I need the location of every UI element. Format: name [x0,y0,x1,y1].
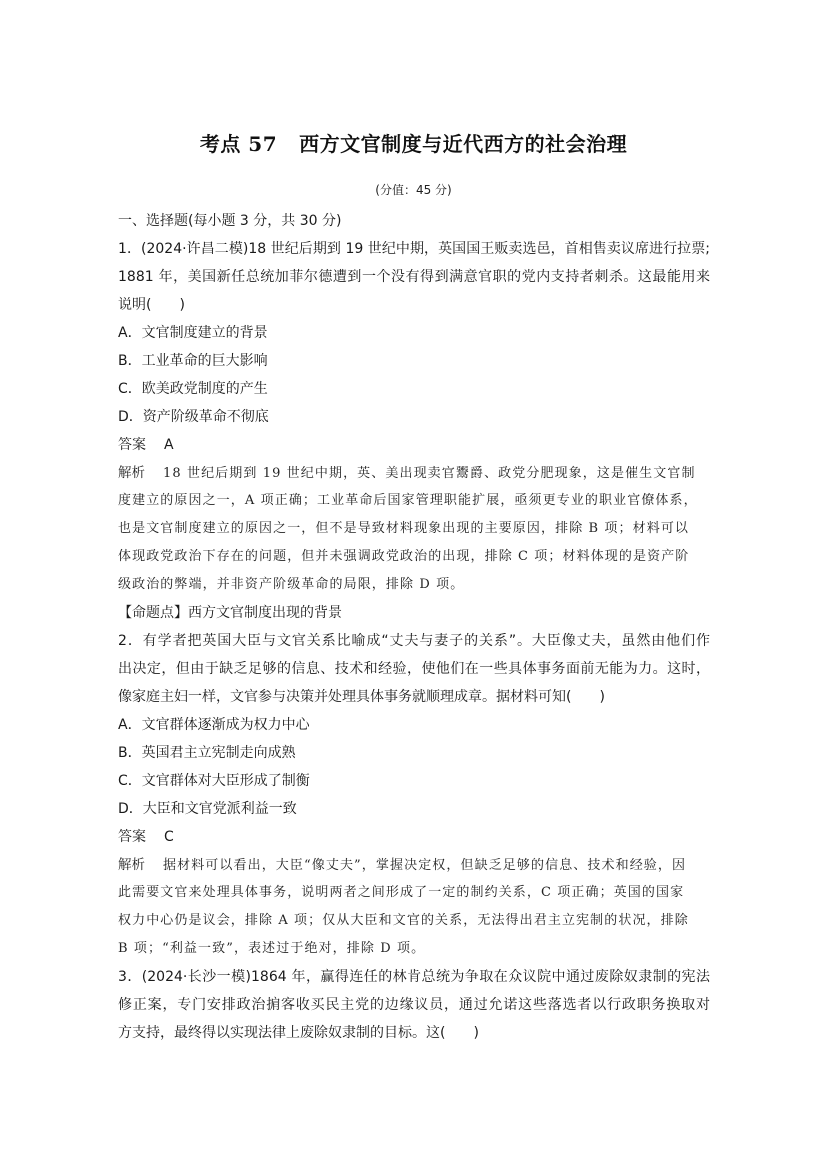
analysis-label: 解析 [118,857,145,873]
content-body: 一、选择题(每小题 3 分，共 30 分) 1．(2024·许昌二模)18 世纪… [118,207,710,1047]
answer-line: 答案C [118,823,710,851]
title-prefix: 考点 57 [200,132,277,156]
analysis-line: 体现政党政治下存在的问题，但并未强调政党政治的出现，排除 C 项；材料体现的是资… [118,543,710,571]
analysis-line: 级政治的弊端，并非资产阶级革命的局限，排除 D 项。 [118,571,710,599]
option-b: B．工业革命的巨大影响 [118,347,710,375]
question-1: 1．(2024·许昌二模)18 世纪后期到 19 世纪中期，英国国王贩卖选邑，首… [118,235,710,627]
question-stem-line: 方支持，最终得以实现法律上废除奴隶制的目标。这( ) [118,1019,710,1047]
option-d: D．资产阶级革命不彻底 [118,403,710,431]
question-stem-line: 2．有学者把英国大臣与文官关系比喻成“丈夫与妻子的关系”。大臣像丈夫，虽然由他们… [118,627,710,655]
analysis-line: 权力中心仍是议会，排除 A 项；仅从大臣和文官的关系，无法得出君主立宪制的状况，… [118,907,710,935]
option-b: B．英国君主立宪制走向成熟 [118,739,710,767]
analysis-line: 解析据材料可以看出，大臣“像丈夫”，掌握决定权，但缺乏足够的信息、技术和经验，因 [118,851,710,879]
question-stem-line: 1881 年，美国新任总统加菲尔德遭到一个没有得到满意官职的党内支持者刺杀。这最… [118,263,710,291]
topic-point: 【命题点】西方文官制度出现的背景 [118,599,710,627]
question-stem-line: 像家庭主妇一样，文官参与决策并处理具体事务就顺理成章。据材料可知( ) [118,683,710,711]
title-main: 西方文官制度与近代西方的社会治理 [299,132,627,156]
document-page: 考点 57西方文官制度与近代西方的社会治理 (分值：45 分) 一、选择题(每小… [0,0,827,1169]
option-c: C．欧美政党制度的产生 [118,375,710,403]
analysis-line: B 项；“利益一致”，表述过于绝对，排除 D 项。 [118,935,710,963]
section-heading: 一、选择题(每小题 3 分，共 30 分) [118,207,710,235]
question-stem-line: 3．(2024·长沙一模)1864 年，赢得连任的林肯总统为争取在众议院中通过废… [118,963,710,991]
option-a: A．文官群体逐渐成为权力中心 [118,711,710,739]
score-note: (分值：45 分) [0,181,827,198]
question-stem-line: 1．(2024·许昌二模)18 世纪后期到 19 世纪中期，英国国王贩卖选邑，首… [118,235,710,263]
answer-label: 答案 [118,437,146,453]
answer-line: 答案A [118,431,710,459]
question-stem-line: 说明( ) [118,291,710,319]
analysis-line: 也是文官制度建立的原因之一，但不是导致材料现象出现的主要原因，排除 B 项；材料… [118,515,710,543]
answer-value: A [164,437,174,453]
analysis-line: 度建立的原因之一，A 项正确；工业革命后国家管理职能扩展，亟须更专业的职业官僚体… [118,487,710,515]
option-a: A．文官制度建立的背景 [118,319,710,347]
answer-value: C [164,829,174,845]
question-3: 3．(2024·长沙一模)1864 年，赢得连任的林肯总统为争取在众议院中通过废… [118,963,710,1047]
analysis-line: 此需要文官来处理具体事务，说明两者之间形成了一定的制约关系，C 项正确；英国的国… [118,879,710,907]
question-stem-line: 修正案，专门安排政治掮客收买民主党的边缘议员，通过允诺这些落选者以行政职务换取对 [118,991,710,1019]
answer-label: 答案 [118,829,146,845]
analysis-text: 据材料可以看出，大臣“像丈夫”，掌握决定权，但缺乏足够的信息、技术和经验，因 [163,858,686,873]
analysis-text: 18 世纪后期到 19 世纪中期，英、美出现卖官鬻爵、政党分肥现象，这是催生文官… [163,466,696,481]
option-c: C．文官群体对大臣形成了制衡 [118,767,710,795]
option-d: D．大臣和文官党派利益一致 [118,795,710,823]
question-2: 2．有学者把英国大臣与文官关系比喻成“丈夫与妻子的关系”。大臣像丈夫，虽然由他们… [118,627,710,963]
question-stem-line: 出决定，但由于缺乏足够的信息、技术和经验，使他们在一些具体事务面前无能为力。这时… [118,655,710,683]
analysis-line: 解析18 世纪后期到 19 世纪中期，英、美出现卖官鬻爵、政党分肥现象，这是催生… [118,459,710,487]
page-title: 考点 57西方文官制度与近代西方的社会治理 [0,128,827,157]
analysis-label: 解析 [118,465,145,481]
